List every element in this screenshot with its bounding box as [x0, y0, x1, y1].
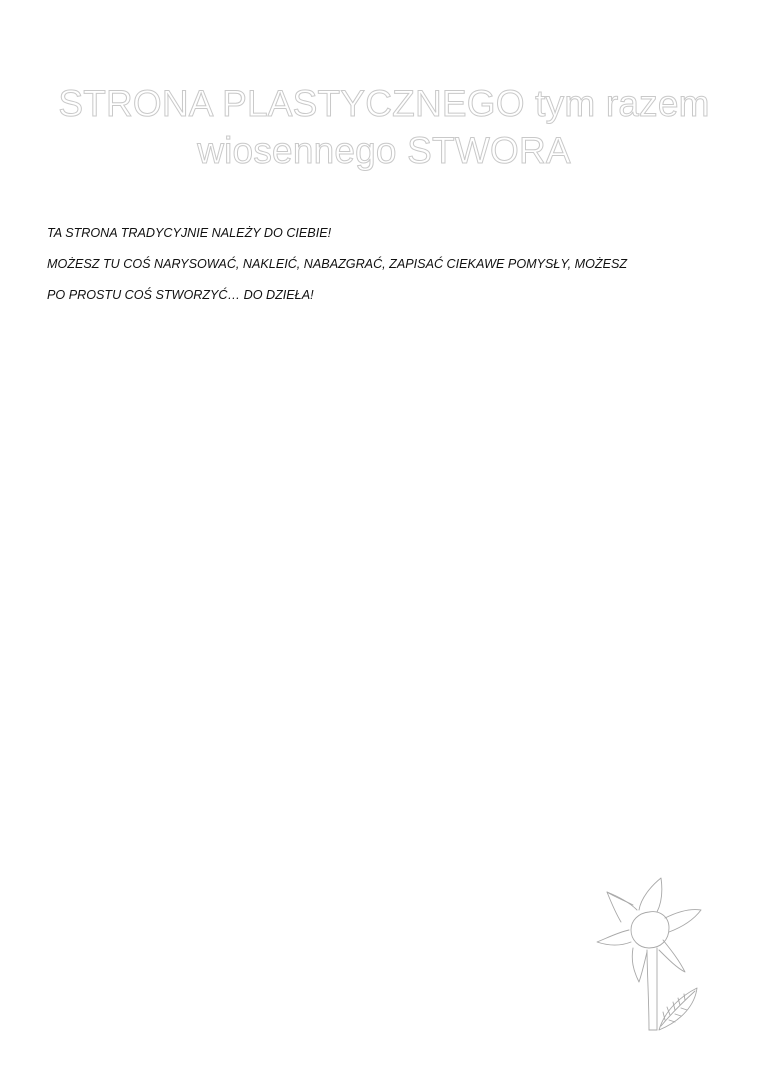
instruction-line-2: MOŻESZ TU COŚ NARYSOWAĆ, NAKLEIĆ, NABAZG… — [47, 249, 747, 280]
page-title-line-2: wiosennego STWORA — [0, 127, 768, 174]
instruction-line-3: PO PROSTU COŚ STWORZYĆ… DO DZIEŁA! — [47, 280, 747, 311]
page-title: STRONA PLASTYCZNEGO tym razem wiosennego… — [0, 80, 768, 174]
page-title-line-1: STRONA PLASTYCZNEGO tym razem — [0, 80, 768, 127]
instruction-line-1: TA STRONA TRADYCYJNIE NALEŻY DO CIEBIE! — [47, 218, 747, 249]
instructions: TA STRONA TRADYCYJNIE NALEŻY DO CIEBIE! … — [47, 218, 747, 311]
flower-drawing-icon — [585, 870, 715, 1040]
